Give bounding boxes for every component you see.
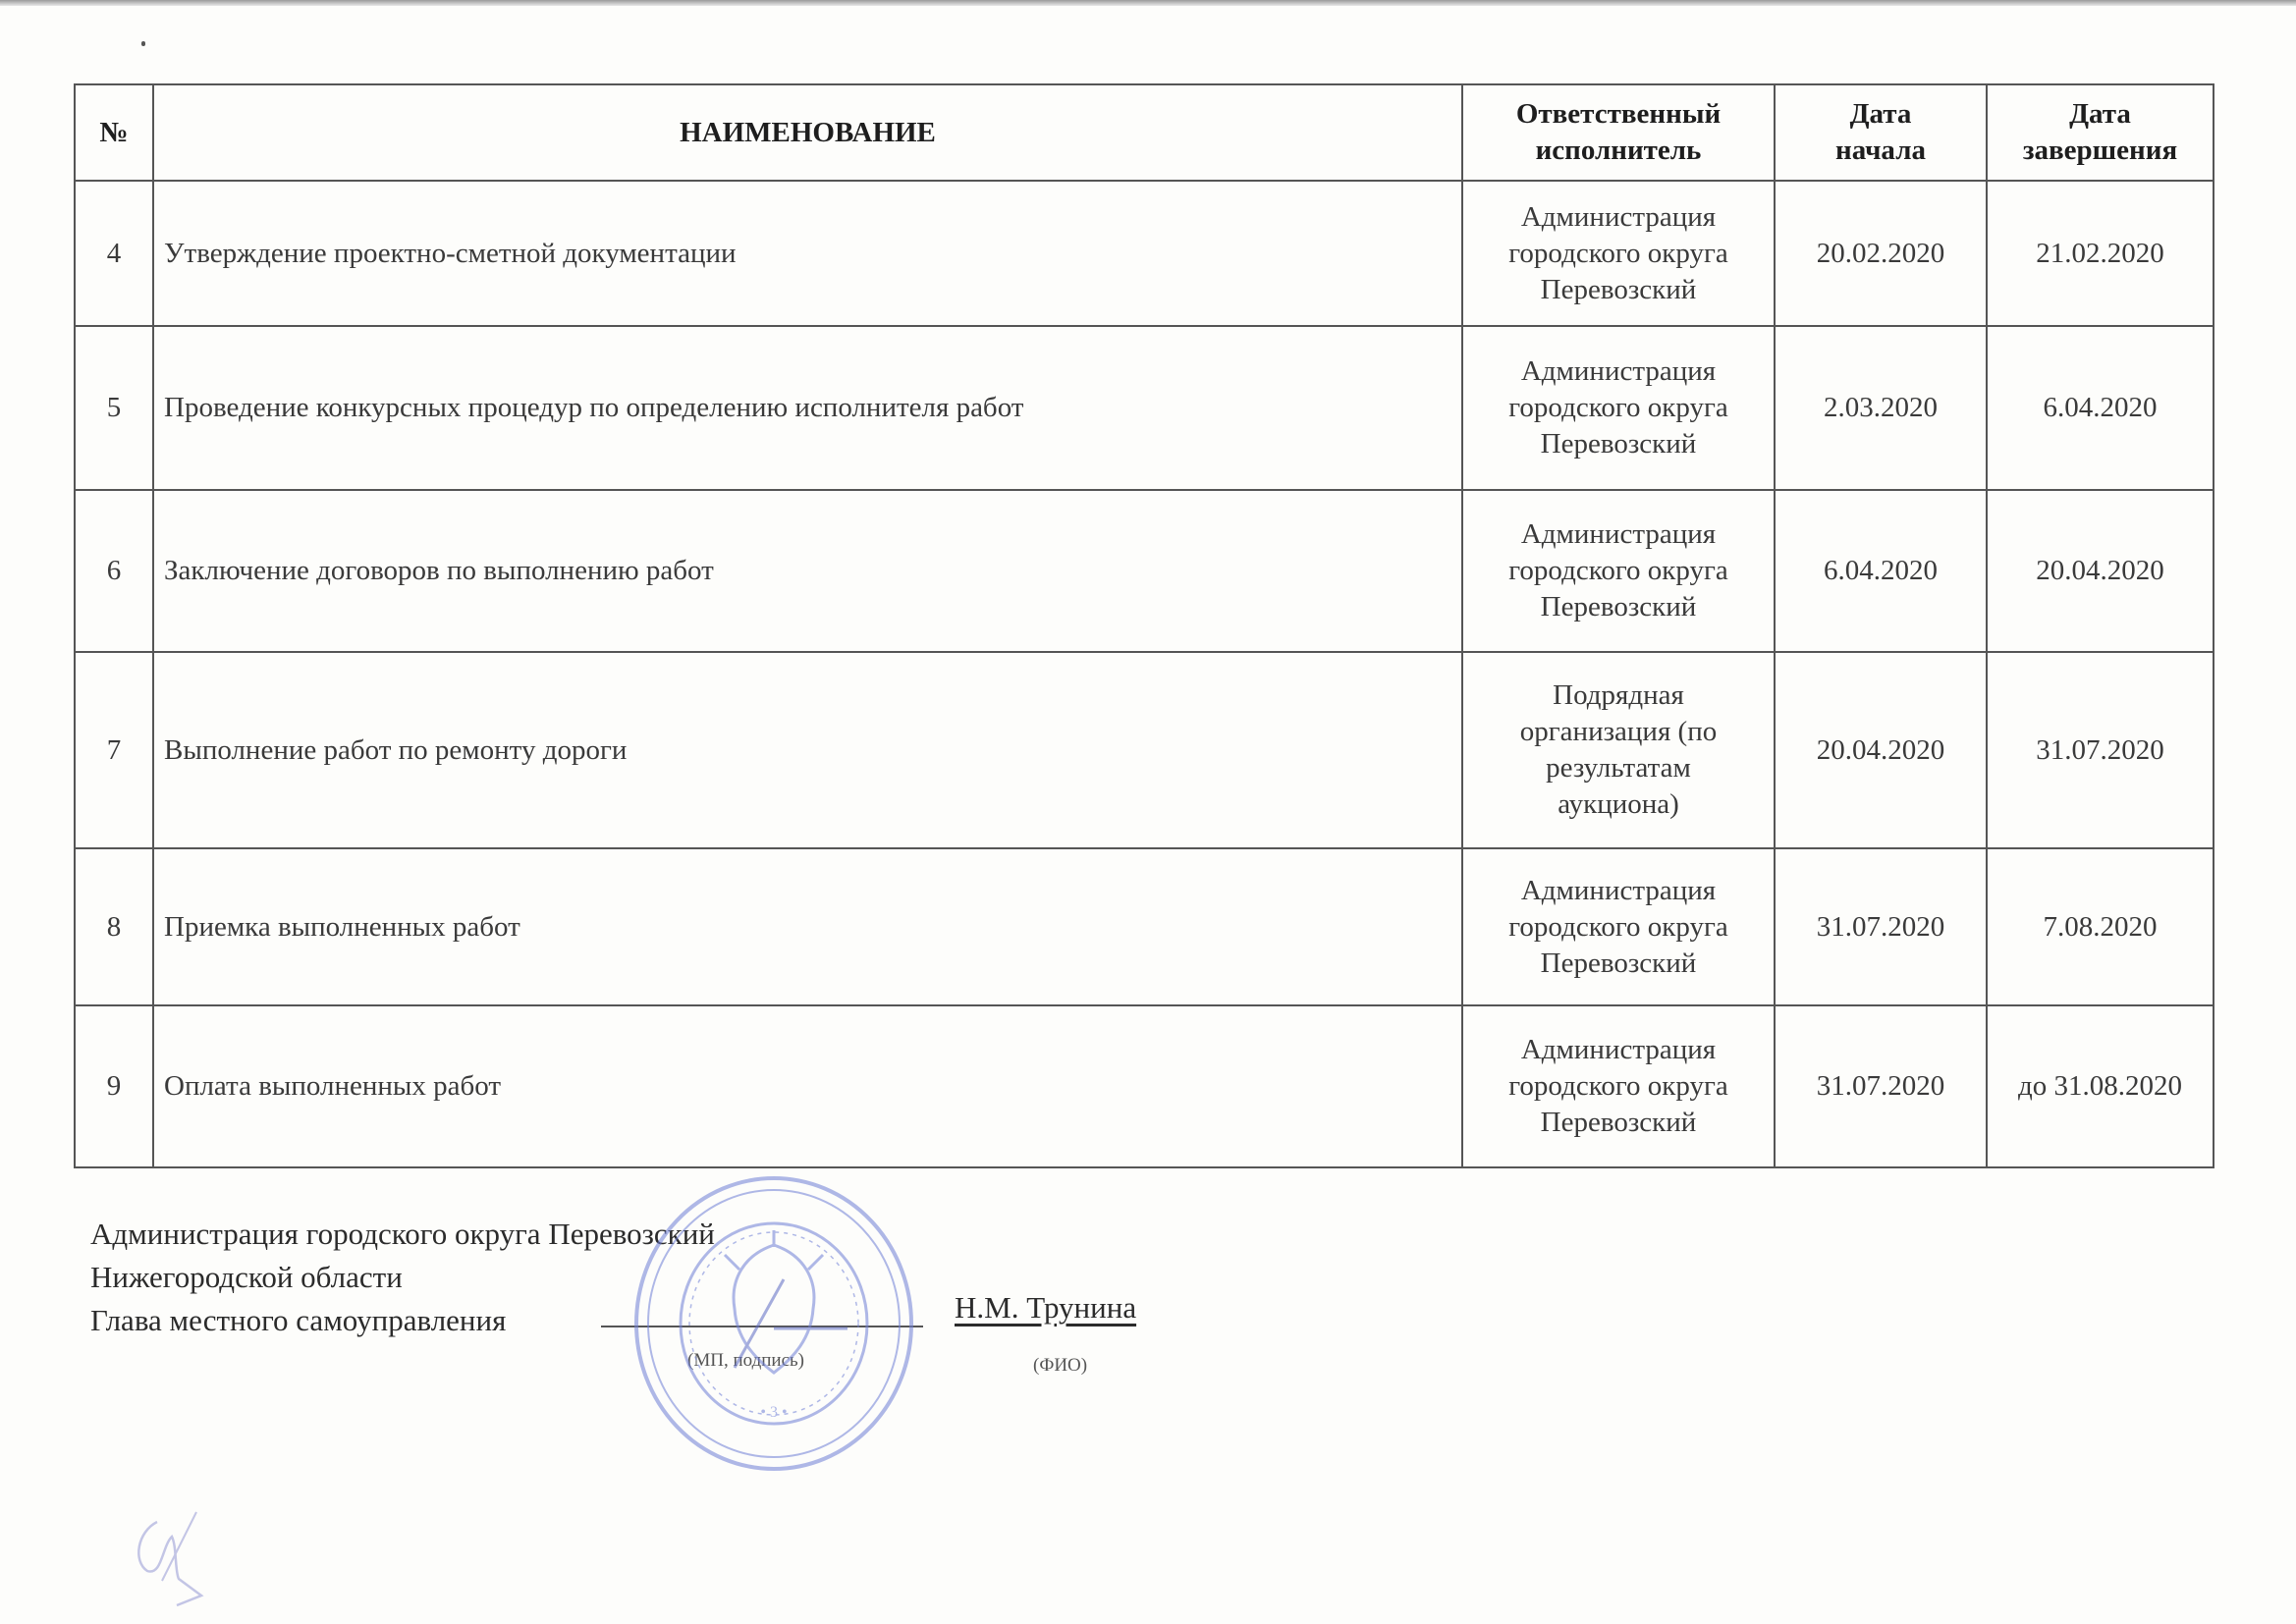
- task-name: Проведение конкурсных процедур по опреде…: [153, 326, 1462, 490]
- task-name: Заключение договоров по выполнению работ: [153, 490, 1462, 652]
- table-row: 4Утверждение проектно-сметной документац…: [75, 181, 2214, 326]
- responsible-party: Администрациягородского округаПеревозски…: [1462, 181, 1775, 326]
- row-number: 7: [75, 652, 153, 848]
- org-name: Администрация городского округа Перевозс…: [90, 1213, 715, 1256]
- row-number: 9: [75, 1005, 153, 1167]
- end-date: до 31.08.2020: [1987, 1005, 2214, 1167]
- end-date: 20.04.2020: [1987, 490, 2214, 652]
- schedule-table: № НАИМЕНОВАНИЕ Ответственныйисполнитель …: [74, 83, 2214, 1168]
- official-seal-icon: • 3 •: [627, 1171, 921, 1476]
- end-date: 7.08.2020: [1987, 848, 2214, 1005]
- start-date: 31.07.2020: [1775, 848, 1987, 1005]
- table-header-row: № НАИМЕНОВАНИЕ Ответственныйисполнитель …: [75, 84, 2214, 181]
- responsible-party: Администрациягородского округаПеревозски…: [1462, 848, 1775, 1005]
- start-date: 31.07.2020: [1775, 1005, 1987, 1167]
- header-responsible: Ответственныйисполнитель: [1462, 84, 1775, 181]
- end-date: 6.04.2020: [1987, 326, 2214, 490]
- header-name: НАИМЕНОВАНИЕ: [153, 84, 1462, 181]
- signer-name: Н.М. Трунина: [955, 1290, 1136, 1326]
- scan-speck: [141, 41, 145, 46]
- scan-top-edge: [0, 0, 2296, 6]
- svg-text:• 3 •: • 3 •: [760, 1404, 787, 1421]
- end-date: 21.02.2020: [1987, 181, 2214, 326]
- table-row: 5Проведение конкурсных процедур по опред…: [75, 326, 2214, 490]
- task-name: Выполнение работ по ремонту дороги: [153, 652, 1462, 848]
- org-region: Нижегородской области: [90, 1256, 715, 1299]
- start-date: 6.04.2020: [1775, 490, 1987, 652]
- handwritten-initials-icon: [118, 1502, 226, 1610]
- end-date: 31.07.2020: [1987, 652, 2214, 848]
- row-number: 4: [75, 181, 153, 326]
- row-number: 5: [75, 326, 153, 490]
- signature-block: Администрация городского округа Перевозс…: [90, 1213, 715, 1342]
- header-end-date: Датазавершения: [1987, 84, 2214, 181]
- table-row: 7Выполнение работ по ремонту дорогиПодря…: [75, 652, 2214, 848]
- responsible-party: Администрациягородского округаПеревозски…: [1462, 1005, 1775, 1167]
- signer-position: Глава местного самоуправления: [90, 1299, 715, 1342]
- start-date: 20.02.2020: [1775, 181, 1987, 326]
- row-number: 8: [75, 848, 153, 1005]
- responsible-party: Администрациягородского округаПеревозски…: [1462, 490, 1775, 652]
- task-name: Оплата выполненных работ: [153, 1005, 1462, 1167]
- start-date: 2.03.2020: [1775, 326, 1987, 490]
- responsible-party: Администрациягородского округаПеревозски…: [1462, 326, 1775, 490]
- row-number: 6: [75, 490, 153, 652]
- responsible-party: Подряднаяорганизация (порезультатамаукци…: [1462, 652, 1775, 848]
- table-row: 6Заключение договоров по выполнению рабо…: [75, 490, 2214, 652]
- header-start-date: Датаначала: [1775, 84, 1987, 181]
- table-row: 9Оплата выполненных работАдминистрацияго…: [75, 1005, 2214, 1167]
- header-num: №: [75, 84, 153, 181]
- table-row: 8Приемка выполненных работАдминистрацияг…: [75, 848, 2214, 1005]
- task-name: Утверждение проектно-сметной документаци…: [153, 181, 1462, 326]
- start-date: 20.04.2020: [1775, 652, 1987, 848]
- task-name: Приемка выполненных работ: [153, 848, 1462, 1005]
- signer-name-caption: (ФИО): [1033, 1355, 1087, 1377]
